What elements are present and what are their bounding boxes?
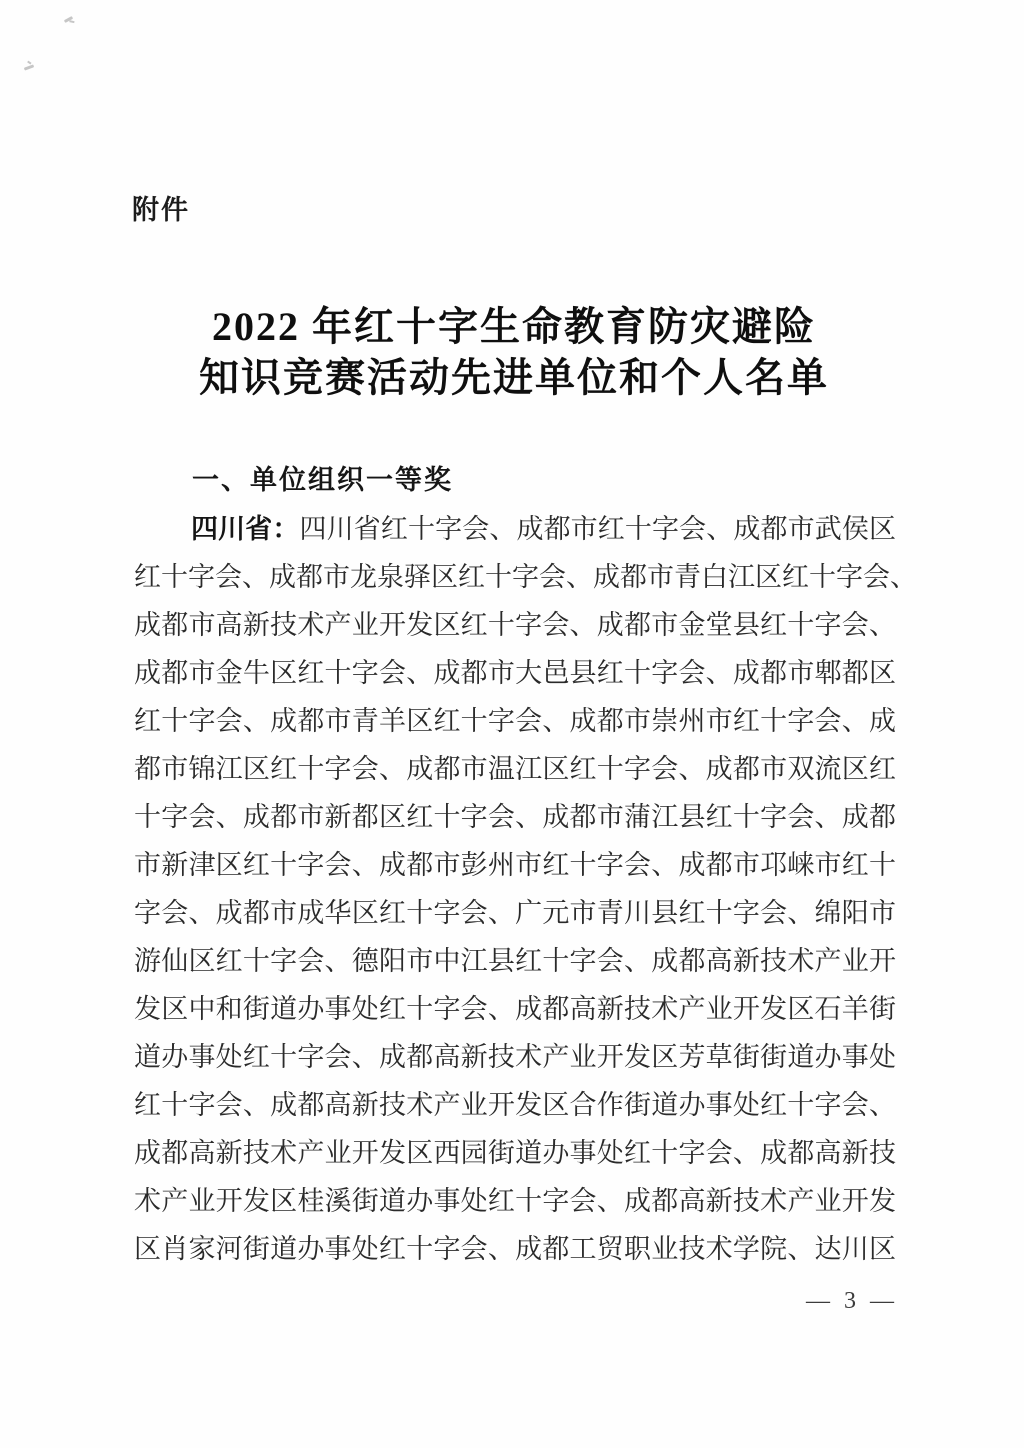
body-line: 游仙区红十字会、德阳市中江县红十字会、成都高新技术产业开 <box>134 937 896 985</box>
province-label: 四川省： <box>191 514 299 544</box>
body-line: 红十字会、成都市龙泉驿区红十字会、成都市青白江区红十字会、 <box>134 553 896 601</box>
scanned-document-page: 附件 2022 年红十字生命教育防灾避险 知识竞赛活动先进单位和个人名单 一、单… <box>0 0 1024 1448</box>
document-title: 2022 年红十字生命教育防灾避险 知识竞赛活动先进单位和个人名单 <box>114 301 914 403</box>
document-title-line1: 2022 年红十字生命教育防灾避险 <box>114 301 914 352</box>
body-line: 红十字会、成都市青羊区红十字会、成都市崇州市红十字会、成 <box>134 697 896 745</box>
page-number: — 3 — <box>806 1288 898 1315</box>
section-heading: 一、单位组织一等奖 <box>134 458 453 497</box>
body-line: 道办事处红十字会、成都高新技术产业开发区芳草街街道办事处 <box>134 1033 896 1081</box>
body-line: 都市锦江区红十字会、成都市温江区红十字会、成都市双流区红 <box>134 745 896 793</box>
scan-speck-icon <box>24 64 34 70</box>
body-line: 字会、成都市成华区红十字会、广元市青川县红十字会、绵阳市 <box>134 889 896 937</box>
body-line: 术产业开发区桂溪街道办事处红十字会、成都高新技术产业开发 <box>134 1177 896 1225</box>
document-title-line2: 知识竞赛活动先进单位和个人名单 <box>114 352 914 403</box>
body-line: 市新津区红十字会、成都市彭州市红十字会、成都市邛崃市红十 <box>134 841 896 889</box>
body-line-text: 四川省红十字会、成都市红十字会、成都市武侯区 <box>299 514 896 544</box>
body-line: 成都高新技术产业开发区西园街道办事处红十字会、成都高新技 <box>134 1129 896 1177</box>
award-list-paragraph: 四川省：四川省红十字会、成都市红十字会、成都市武侯区 红十字会、成都市龙泉驿区红… <box>134 505 896 1273</box>
body-line: 十字会、成都市新都区红十字会、成都市蒲江县红十字会、成都 <box>134 793 896 841</box>
body-line: 红十字会、成都高新技术产业开发区合作街道办事处红十字会、 <box>134 1081 896 1129</box>
body-line: 成都市高新技术产业开发区红十字会、成都市金堂县红十字会、 <box>134 601 896 649</box>
body-line: 成都市金牛区红十字会、成都市大邑县红十字会、成都市郫都区 <box>134 649 896 697</box>
body-line: 四川省：四川省红十字会、成都市红十字会、成都市武侯区 <box>134 505 896 553</box>
attachment-label: 附件 <box>132 188 190 227</box>
body-line: 区肖家河街道办事处红十字会、成都工贸职业技术学院、达川区 <box>134 1225 896 1273</box>
body-line: 发区中和街道办事处红十字会、成都高新技术产业开发区石羊街 <box>134 985 896 1033</box>
scan-speck-icon <box>64 16 73 23</box>
